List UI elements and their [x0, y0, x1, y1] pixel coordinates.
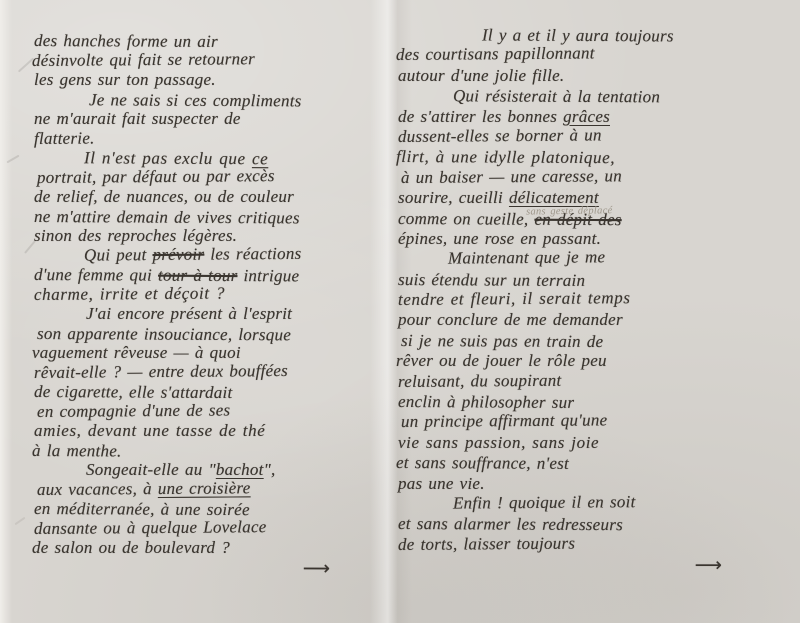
text-segment: vaguement rêveuse — à quoi: [32, 343, 241, 362]
text-segment: dansante ou à quelque Lovelace: [34, 517, 267, 538]
handwritten-line: un principe affirmant qu'une: [401, 409, 790, 432]
text-segment: charme, irrite et déçoit ?: [34, 283, 225, 304]
handwritten-line: si je ne suis pas en train de: [401, 331, 790, 353]
handwritten-line: et sans souffrance, n'est: [396, 453, 790, 475]
handwritten-line: Enfin ! quoique il en soit: [401, 491, 790, 514]
text-segment: aux vacances, à: [37, 479, 158, 499]
text-segment: flatterie.: [34, 128, 95, 147]
handwritten-line: vaguement rêveuse — à quoi: [32, 343, 372, 363]
handwritten-line: autour d'une jolie fille.: [398, 66, 790, 86]
text-segment: ne m'attire demain de vives critiques: [34, 207, 300, 227]
text-segment: rêver ou de jouer le rôle peu: [396, 351, 607, 370]
text-segment: son apparente insouciance, lorsque: [37, 324, 291, 344]
handwritten-line: aux vacances, à une croisière: [37, 477, 372, 499]
handwritten-line: portrait, par défaut ou par excès: [37, 165, 372, 187]
text-segment: Maintenant que je me: [448, 248, 605, 268]
handwritten-line: charme, irrite et déçoit ?: [34, 282, 372, 304]
handwritten-line: Je ne sais si ces compliments: [37, 90, 372, 111]
handwritten-line: son apparente insouciance, lorsque: [37, 324, 372, 345]
text-segment: pas une vie.: [398, 474, 485, 493]
text-segment: Qui peut: [84, 245, 153, 265]
handwritten-line: de relief, de nuances, ou de couleur: [34, 187, 372, 207]
text-segment: Songeait-elle au ": [86, 460, 216, 479]
text-segment: autour d'une jolie fille.: [398, 66, 564, 85]
handwritten-line: ne m'aurait fait suspecter de: [34, 109, 372, 129]
handwritten-line: Qui peut prévoir les réactions: [32, 243, 372, 265]
text-segment: et sans souffrance, n'est: [396, 453, 569, 473]
handwritten-line: pour conclure de me demander: [398, 310, 790, 330]
handwritten-line: Qui résisterait à la tentation: [401, 86, 790, 108]
text-segment: bachot: [216, 460, 264, 479]
text-segment: amies, devant une tasse de thé: [34, 421, 265, 440]
page-left: des hanches forme un airdésinvolte qui f…: [34, 31, 372, 577]
handwritten-line: dussent-elles se borner à un: [398, 124, 790, 147]
text-segment: reluisant, du soupirant: [398, 370, 562, 390]
text-segment: Enfin ! quoique il en soit: [453, 492, 636, 512]
text-segment: à un baiser — une caresse, un: [401, 166, 622, 187]
scan-edge: [0, 0, 12, 623]
pencil-annotation: sans geste déplacé: [526, 201, 613, 223]
right-arrow-icon: ⟶: [303, 557, 330, 579]
text-segment: prévoir: [152, 244, 204, 263]
handwritten-line: dansante ou à quelque Lovelace: [34, 516, 372, 538]
text-segment: de cigarette, elle s'attardait: [34, 382, 233, 402]
page-right: Il y a et il y aura toujoursdes courtisa…: [398, 25, 790, 576]
text-segment: rêvait-elle ? — entre deux bouffées: [34, 361, 288, 382]
handwritten-line: amies, devant une tasse de thé: [34, 421, 372, 441]
handwritten-line: des courtisans papillonnant: [396, 42, 790, 65]
margin-smudge-mark: [15, 517, 26, 526]
handwritten-line: sinon des reproches légères.: [34, 226, 372, 246]
text-segment: dussent-elles se borner à un: [398, 125, 602, 146]
handwritten-line: rêvait-elle ? — entre deux bouffées: [34, 360, 372, 382]
handwritten-line: de salon ou de boulevard ?: [32, 538, 372, 558]
text-segment: en méditerranée, à une soirée: [34, 499, 250, 519]
handwritten-line: Maintenant que je me: [396, 246, 790, 269]
text-segment: de s'attirer les bonnes: [398, 107, 563, 126]
text-segment: un principe affirmant qu'une: [401, 411, 608, 432]
handwritten-line: Songeait-elle au "bachot",: [34, 460, 372, 480]
text-segment: sourire, cueilli: [398, 188, 509, 207]
handwritten-line: à un baiser — une caresse, un: [401, 165, 790, 188]
text-segment: désinvolte qui fait se retourner: [32, 49, 255, 70]
manuscript-scan: des hanches forme un airdésinvolte qui f…: [0, 0, 800, 623]
text-segment: et sans alarmer les redresseurs: [398, 514, 623, 534]
continuation-arrow: ⟶: [37, 558, 372, 579]
text-segment: d'une femme qui: [34, 265, 158, 285]
text-segment: des courtisans papillonnant: [396, 44, 595, 65]
handwritten-line: tendre et fleuri, il serait temps: [398, 287, 790, 310]
text-segment: les gens sur ton passage.: [34, 70, 216, 89]
handwritten-line: J'ai encore présent à l'esprit: [34, 304, 372, 324]
handwritten-line: les gens sur ton passage.: [34, 70, 372, 90]
text-segment: épines, une rose en passant.: [398, 229, 601, 248]
handwritten-line: à la menthe.: [32, 441, 372, 462]
handwritten-line: reluisant, du soupirant: [398, 369, 790, 392]
text-segment: enclin à philosopher sur: [398, 392, 574, 412]
text-segment: comme on cueille,: [398, 209, 535, 229]
text-segment: des hanches forme un air: [34, 31, 218, 51]
text-segment: portrait, par défaut ou par excès: [37, 166, 275, 187]
text-segment: une croisière: [158, 478, 251, 498]
continuation-arrow: ⟶: [396, 555, 790, 575]
handwritten-line: vie sans passion, sans joie: [398, 433, 790, 453]
text-segment: grâces: [563, 107, 610, 126]
text-segment: Qui résisterait à la tentation: [453, 86, 660, 106]
text-segment: tour à tour: [158, 266, 238, 285]
text-segment: Il n'est pas exclu que: [84, 148, 252, 168]
text-segment: de torts, laisser toujours: [398, 533, 575, 553]
text-segment: J'ai encore présent à l'esprit: [86, 304, 292, 323]
text-segment: de salon ou de boulevard ?: [32, 538, 230, 557]
handwritten-line: ne m'attire demain de vives critiques: [34, 207, 372, 228]
text-segment: de relief, de nuances, ou de couleur: [34, 187, 294, 206]
text-segment: vie sans passion, sans joie: [398, 433, 599, 452]
text-segment: ne m'aurait fait suspecter de: [34, 109, 241, 128]
text-segment: suis étendu sur un terrain: [398, 270, 585, 290]
text-segment: à la menthe.: [32, 441, 122, 460]
text-segment: ",: [264, 460, 276, 479]
handwritten-line: de torts, laisser toujours: [398, 532, 790, 555]
text-segment: tendre et fleuri, il serait temps: [398, 288, 631, 309]
text-segment: sinon des reproches légères.: [34, 226, 237, 245]
right-arrow-icon: ⟶: [695, 554, 722, 576]
text-segment: en compagnie d'une de ses: [37, 400, 231, 421]
handwritten-line: désinvolte qui fait se retourner: [32, 48, 372, 70]
text-segment: Je ne sais si ces compliments: [89, 90, 302, 110]
handwritten-line: flatterie.: [34, 126, 372, 148]
text-segment: si je ne suis pas en train de: [401, 331, 603, 351]
handwritten-line: en compagnie d'une de ses: [37, 399, 372, 421]
text-segment: pour conclure de me demander: [398, 310, 623, 329]
text-segment: les réactions: [204, 243, 301, 263]
handwritten-line: comme on cueille, en dépit dessans geste…: [398, 209, 790, 231]
text-segment: flirt, à une idylle platonique,: [396, 147, 615, 167]
